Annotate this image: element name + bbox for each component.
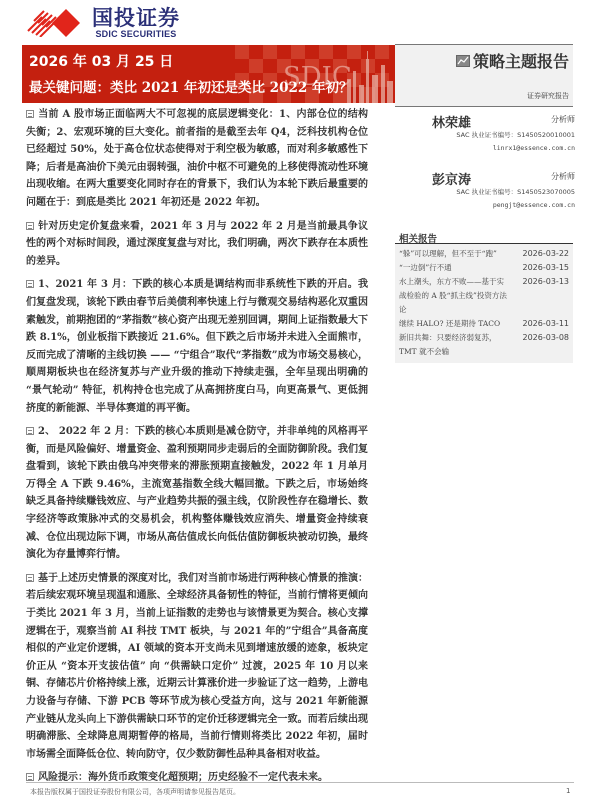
analyst-name: 林荣雄 — [432, 112, 471, 131]
analyst-list: 林荣雄 分析师 SAC 执业证书编号：S1450520010001 linrx1… — [420, 112, 575, 226]
related-reports-panel: 相关报告 “躲”可以理解，但不至于“跑” 2026-03-22 “一边倒”行不通… — [395, 228, 573, 363]
related-report-item[interactable]: 新旧共舞：只要经济弱复苏，TMT 就不会输 2026-03-08 — [399, 331, 569, 359]
analyst-card: 彭京涛 分析师 SAC 执业证书编号：S1450523070005 pengjt… — [420, 169, 575, 226]
related-reports-heading: 相关报告 — [395, 228, 573, 244]
related-report-title[interactable]: 水上潮头，东方不败——基于实战检验的 A 股“抓主线”投资方法论 — [399, 275, 511, 317]
related-report-item[interactable]: 继续 HALO? 还是期待 TACO 2026-03-11 — [399, 317, 569, 331]
summary-paragraph: 1、2021 年 3 月：下跌的核心本质是调结构而非系统性下跌的开启。我们复盘发… — [26, 276, 368, 417]
related-report-date: 2026-03-22 — [523, 247, 570, 261]
summary-paragraph: 针对历史定价复盘来看，2021 年 3 月与 2022 年 2 月是当前最具争议… — [26, 218, 368, 271]
report-date: 2026 年 03 月 25 日 — [29, 51, 173, 71]
bullet-icon — [26, 222, 34, 230]
risk-warning: 风险提示：海外货币政策变化超预期；历史经验不一定代表未来。 — [26, 769, 368, 787]
related-report-item[interactable]: 水上潮头，东方不败——基于实战检验的 A 股“抓主线”投资方法论 2026-03… — [399, 275, 569, 317]
analyst-email[interactable]: linrx1@essence.com.cn — [493, 144, 575, 152]
related-report-title[interactable]: 继续 HALO? 还是期待 TACO — [399, 317, 511, 331]
analyst-email[interactable]: pengjt@essence.com.cn — [493, 201, 575, 209]
chart-icon — [456, 55, 470, 67]
report-title: 最关键问题：类比 2021 年初还是类比 2022 年初？ — [29, 76, 352, 96]
bullet-icon — [26, 110, 34, 118]
report-type-subtitle: 证券研究报告 — [527, 91, 569, 101]
related-report-date: 2026-03-13 — [523, 275, 570, 317]
footer-divider — [26, 782, 574, 783]
report-type-title: 策略主题报告 — [473, 49, 569, 72]
analyst-sac-number: SAC 执业证书编号：S1450523070005 — [456, 187, 575, 196]
related-report-item[interactable]: “躲”可以理解，但不至于“跑” 2026-03-22 — [399, 247, 569, 261]
footer-disclaimer: 本报告版权属于国投证券股份有限公司，各项声明请参见报告尾页。 — [30, 787, 240, 797]
analyst-card: 林荣雄 分析师 SAC 执业证书编号：S1450520010001 linrx1… — [420, 112, 575, 169]
sdic-logo-icon — [26, 9, 88, 37]
company-logo: 国投证券 SDIC SECURITIES — [26, 6, 180, 40]
related-report-date: 2026-03-11 — [523, 317, 570, 331]
analyst-role: 分析师 — [551, 114, 575, 125]
related-report-title[interactable]: “一边倒”行不通 — [399, 261, 511, 275]
bullet-icon — [26, 427, 34, 435]
analyst-role: 分析师 — [551, 171, 575, 182]
summary-paragraph: 当前 A 股市场正面临两大不可忽视的底层逻辑变化：1、内部仓位的结构失衡；2、宏… — [26, 106, 368, 212]
logo-english-name: SDIC SECURITIES — [95, 29, 176, 39]
bullet-icon — [26, 574, 34, 582]
related-report-date: 2026-03-08 — [523, 331, 570, 359]
bullet-icon — [26, 773, 34, 781]
related-report-item[interactable]: “一边倒”行不通 2026-03-15 — [399, 261, 569, 275]
report-summary: 当前 A 股市场正面临两大不可忽视的底层逻辑变化：1、内部仓位的结构失衡；2、宏… — [26, 106, 368, 793]
related-report-date: 2026-03-15 — [523, 261, 570, 275]
report-type-box: 策略主题报告 证券研究报告 — [395, 44, 573, 107]
logo-chinese-name: 国投证券 — [92, 7, 180, 29]
analyst-name: 彭京涛 — [432, 169, 471, 188]
related-report-title[interactable]: “躲”可以理解，但不至于“跑” — [399, 247, 511, 261]
analyst-sac-number: SAC 执业证书编号：S1450520010001 — [456, 130, 575, 139]
bullet-icon — [26, 280, 34, 288]
title-banner: SDIC 2026 年 03 月 25 日 最关键问题：类比 2021 年初还是… — [22, 45, 395, 103]
related-report-title[interactable]: 新旧共舞：只要经济弱复苏，TMT 就不会输 — [399, 331, 511, 359]
page-number: 1 — [566, 787, 570, 795]
summary-paragraph: 2、 2022 年 2 月：下跌的核心本质则是减仓防守，并非单纯的风格再平衡，而… — [26, 423, 368, 564]
summary-paragraph: 基于上述历史情景的深度对比，我们对当前市场进行两种核心情景的推演：若后续宏观环境… — [26, 570, 368, 764]
